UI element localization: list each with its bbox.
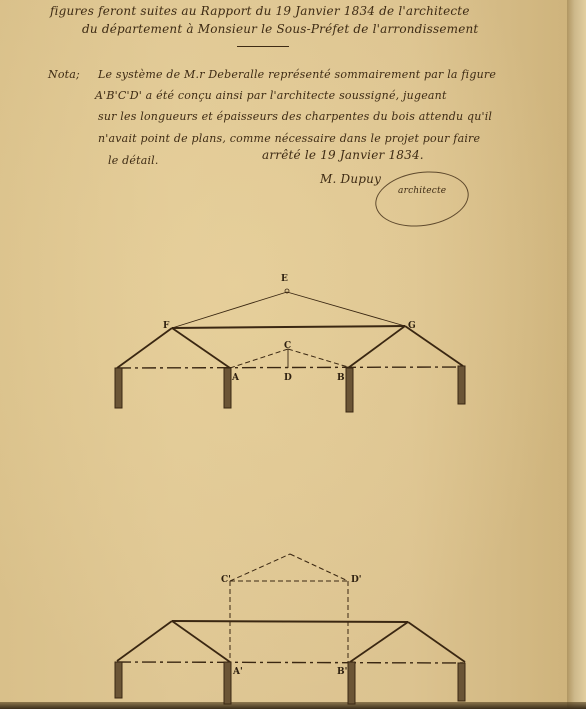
label-F: F	[163, 321, 170, 331]
roof-truss-diagrams: E F G C A D B C' D' A' B'	[0, 0, 586, 709]
label-E: E	[281, 274, 288, 284]
label-G: G	[408, 321, 416, 331]
label-B: B	[337, 373, 345, 383]
label-B-prime: B'	[337, 667, 347, 677]
label-A-prime: A'	[232, 667, 243, 677]
label-C: C	[284, 341, 291, 351]
label-D: D	[284, 373, 292, 383]
bottom-figure	[115, 554, 465, 704]
label-A: A	[231, 373, 240, 383]
label-D-prime: D'	[351, 575, 362, 585]
label-C-prime: C'	[221, 575, 231, 585]
